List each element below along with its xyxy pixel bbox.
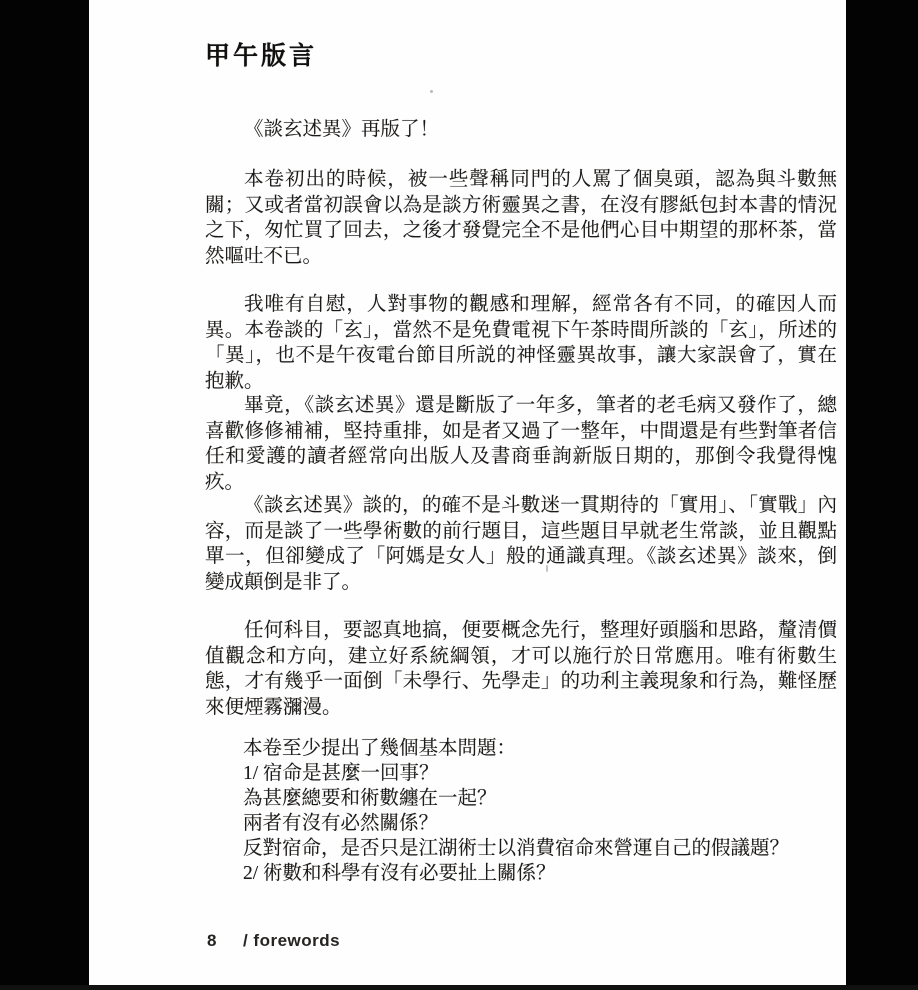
paragraph-4: 《談玄述異》談的，的確不是斗數迷一貫期待的「實用」、「實戰」內容，而是談了一些學…	[205, 493, 837, 595]
questions-block: 本卷至少提出了幾個基本問題： 1/ 宿命是甚麼一回事？ 為甚麼總要和術數纏在一起…	[243, 736, 843, 886]
question-item-2: 為甚麼總要和術數纏在一起？	[243, 786, 843, 811]
page-footer: 8 / forewords	[207, 931, 340, 951]
paragraph-2: 我唯有自慰，人對事物的觀感和理解，經常各有不同，的確因人而異。本卷談的「玄」，當…	[205, 292, 837, 394]
page-content: 甲午版言 《談玄述異》再版了！ 本卷初出的時候，被一些聲稱同門的人罵了個臭頭，認…	[0, 0, 918, 990]
paragraph-1: 本卷初出的時候，被一些聲稱同門的人罵了個臭頭，認為與斗數無關；又或者當初誤會以為…	[205, 167, 837, 269]
questions-intro: 本卷至少提出了幾個基本問題：	[243, 736, 843, 761]
scanned-page: 甲午版言 《談玄述異》再版了！ 本卷初出的時候，被一些聲稱同門的人罵了個臭頭，認…	[0, 0, 918, 990]
question-item-3: 兩者有沒有必然關係？	[243, 811, 843, 836]
scan-artifact-mark	[546, 565, 548, 572]
question-item-1: 1/ 宿命是甚麼一回事？	[243, 761, 843, 786]
page-title: 甲午版言	[205, 36, 317, 72]
question-item-4: 反對宿命，是否只是江湖術士以消費宿命來營運自己的假議題？	[243, 836, 843, 861]
scan-artifact-dot	[430, 90, 433, 93]
footer-page-number: 8	[207, 931, 217, 951]
paragraph-5: 任何科目，要認真地搞，便要概念先行，整理好頭腦和思路，釐清價值觀念和方向，建立好…	[205, 618, 837, 720]
paragraph-3: 畢竟，《談玄述異》還是斷版了一年多，筆者的老毛病又發作了，總喜歡修修補補，堅持重…	[205, 393, 837, 495]
opening-line: 《談玄述異》再版了！	[205, 117, 837, 143]
footer-section-label: / forewords	[243, 931, 340, 951]
question-item-5: 2/ 術數和科學有沒有必要扯上關係？	[243, 861, 843, 886]
